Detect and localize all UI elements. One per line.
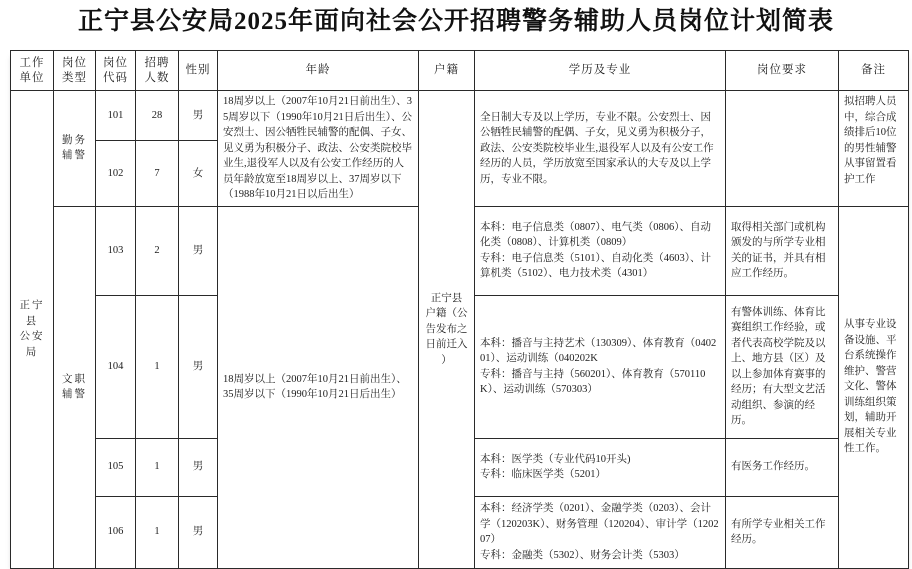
cell-education-group1: 全日制大专及以上学历，专业不限。公安烈士、因公牺牲民辅警的配偶、子女，见义勇为积… bbox=[475, 91, 726, 207]
cell-education-106: 本科：经济学类（0201）、金融学类（0203）、会计学（120203K）、财务… bbox=[475, 496, 726, 568]
cell-age-group2: 18周岁以上（2007年10月21日前出生）、 35周岁以下（1990年10月2… bbox=[218, 206, 419, 568]
page-title: 正宁县公安局2025年面向社会公开招聘警务辅助人员岗位计划简表 bbox=[0, 7, 912, 37]
cell-gender-104: 男 bbox=[179, 295, 218, 438]
cell-age-group1: 18周岁以上（2007年10月21日前出生）、35周岁以下（1990年10月21… bbox=[218, 91, 419, 207]
cell-gender-103: 男 bbox=[179, 206, 218, 295]
header-note: 备注 bbox=[839, 51, 909, 91]
cell-requirement-105: 有医务工作经历。 bbox=[726, 438, 839, 496]
header-requirement: 岗位要求 bbox=[726, 51, 839, 91]
cell-note-group1: 拟招聘人员中，综合成绩排后10位的男性辅警从事留置看护工作 bbox=[839, 91, 909, 207]
cell-education-103: 本科：电子信息类（0807）、电气类（0806）、自动化类（0808）、计算机类… bbox=[475, 206, 726, 295]
recruitment-table: 工作 单位 岗位 类型 岗位 代码 招聘 人数 性别 年龄 户籍 学历及专业 岗… bbox=[10, 50, 909, 569]
cell-code-104: 104 bbox=[96, 295, 136, 438]
cell-education-105: 本科：医学类（专业代码10开头) 专科：临床医学类（5201） bbox=[475, 438, 726, 496]
cell-count-103: 2 bbox=[136, 206, 179, 295]
cell-work-unit: 正宁县 公安局 bbox=[11, 91, 54, 569]
cell-count-101: 28 bbox=[136, 91, 179, 141]
cell-count-106: 1 bbox=[136, 496, 179, 568]
header-type: 岗位 类型 bbox=[54, 51, 96, 91]
header-unit: 工作 单位 bbox=[11, 51, 54, 91]
table-row-101: 正宁县 公安局 勤务 辅警 101 28 男 18周岁以上（2007年10月21… bbox=[11, 91, 909, 141]
cell-code-103: 103 bbox=[96, 206, 136, 295]
cell-type-group2: 文职 辅警 bbox=[54, 206, 96, 568]
cell-gender-105: 男 bbox=[179, 438, 218, 496]
header-gender: 性别 bbox=[179, 51, 218, 91]
header-code: 岗位 代码 bbox=[96, 51, 136, 91]
header-age: 年龄 bbox=[218, 51, 419, 91]
cell-code-101: 101 bbox=[96, 91, 136, 141]
cell-code-106: 106 bbox=[96, 496, 136, 568]
cell-code-105: 105 bbox=[96, 438, 136, 496]
cell-requirement-103: 取得相关部门或机构颁发的与所学专业相关的证书，并具有相应工作经历。 bbox=[726, 206, 839, 295]
cell-note-group2: 从事专业设备设施、平台系统操作维护、警营文化、警体训练组织策划，辅助开展相关专业… bbox=[839, 206, 909, 568]
cell-code-102: 102 bbox=[96, 141, 136, 206]
cell-requirement-104: 有警体训练、体育比赛组织工作经验，或者代表高校学院及以上、地方县（区）及以上参加… bbox=[726, 295, 839, 438]
cell-count-104: 1 bbox=[136, 295, 179, 438]
cell-count-105: 1 bbox=[136, 438, 179, 496]
cell-education-104: 本科：播音与主持艺术（130309）、体育教育（040201）、运动训练（040… bbox=[475, 295, 726, 438]
cell-count-102: 7 bbox=[136, 141, 179, 206]
header-education: 学历及专业 bbox=[475, 51, 726, 91]
cell-gender-102: 女 bbox=[179, 141, 218, 206]
document-page: 正宁县公安局2025年面向社会公开招聘警务辅助人员岗位计划简表 工作 单位 岗位… bbox=[0, 7, 912, 569]
cell-gender-101: 男 bbox=[179, 91, 218, 141]
cell-type-group1: 勤务 辅警 bbox=[54, 91, 96, 207]
cell-gender-106: 男 bbox=[179, 496, 218, 568]
header-residence: 户籍 bbox=[419, 51, 475, 91]
cell-requirement-106: 有所学专业相关工作经历。 bbox=[726, 496, 839, 568]
cell-requirement-group1 bbox=[726, 91, 839, 207]
cell-residence: 正宁县 户籍（公 告发布之 日前迁入 ） bbox=[419, 91, 475, 569]
table-header-row: 工作 单位 岗位 类型 岗位 代码 招聘 人数 性别 年龄 户籍 学历及专业 岗… bbox=[11, 51, 909, 91]
header-count: 招聘 人数 bbox=[136, 51, 179, 91]
